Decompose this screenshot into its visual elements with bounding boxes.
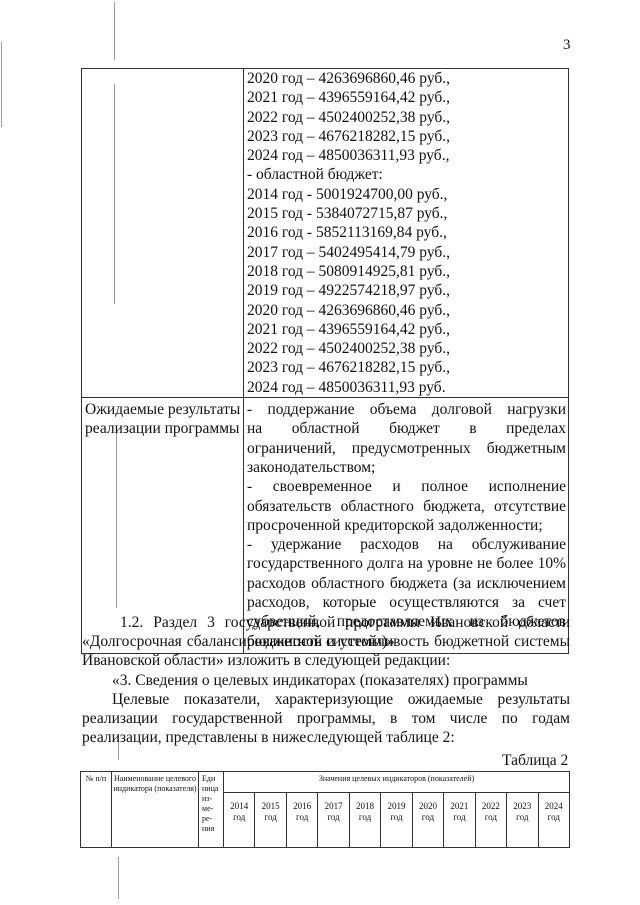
scan-artifact-line [114,2,115,60]
cell-line: законодательством; [247,458,566,477]
cell-line: 2015 год - 5384072715,87 руб., [247,204,566,223]
header-unit: Еди ница из- ме- ре- ния [199,772,224,848]
header-year-2019: 2019год [381,793,412,848]
scan-artifact-line [118,857,119,899]
table-caption: Таблица 2 [502,752,568,770]
cell-line: расходов, которые осуществляются за счет [247,593,566,612]
cell-line: 2019 год – 4922574218,97 руб., [247,281,566,300]
header-year-2024: 2024год [538,793,569,848]
header-year-2018: 2018год [349,793,380,848]
indicators-table: № п/п Наименование целевого индикатора (… [80,771,570,848]
header-number: № п/п [81,772,112,848]
scan-artifact-line [1,42,2,127]
header-year-2022: 2022год [475,793,506,848]
cell-line: 2024 год – 4850036311,93 руб., [247,146,566,165]
cell-line: 2020 год – 4263696860,46 руб., [247,301,566,320]
cell-line: - своевременное и полное исполнение [247,477,566,496]
cell-line: - областной бюджет: [247,165,566,184]
cell-line: государственного долга на уровне не боле… [247,554,566,573]
cell-line: - поддержание объема долговой нагрузки [247,400,566,419]
page-number: 3 [563,37,571,54]
cell-line: просроченной кредиторской задолженности; [247,516,566,535]
cell-line: 2016 год - 5852113169,84 руб., [247,223,566,242]
cell-line: 2017 год – 5402495414,79 руб., [247,243,566,262]
cell-line: 2024 год – 4850036311,93 руб. [247,378,566,397]
paragraph: Целевые показатели, характеризующие ожид… [82,690,570,748]
cell-line: - удержание расходов на обслуживание [247,535,566,554]
header-year-2020: 2020год [412,793,443,848]
row-label-text: Ожидаемые результаты реализации программ… [85,400,241,439]
cell-line: 2021 год – 4396559164,42 руб., [247,88,566,107]
cell-line: 2022 год – 4502400252,38 руб., [247,108,566,127]
cell-line: 2020 год – 4263696860,46 руб., [247,69,566,88]
table-row: 2020 год – 4263696860,46 руб.,2021 год –… [82,69,569,398]
cell-line: 2014 год - 5001924700,00 руб., [247,185,566,204]
header-year-2023: 2023год [507,793,538,848]
cell-line: 2022 год – 4502400252,38 руб., [247,339,566,358]
passport-table: 2020 год – 4263696860,46 руб.,2021 год –… [81,68,569,654]
section-heading: «3. Сведения о целевых индикаторах (пока… [82,671,570,690]
row-label [82,69,244,398]
cell-line: 2018 год – 5080914925,81 руб., [247,262,566,281]
table-header-row: № п/п Наименование целевого индикатора (… [81,772,570,793]
funding-cell: 2020 год – 4263696860,46 руб.,2021 год –… [244,69,569,398]
header-indicator-name: Наименование целевого индикатора (показа… [112,772,199,848]
paragraph: 1.2. Раздел 3 государственной программы … [82,613,570,671]
header-year-2015: 2015год [255,793,286,848]
cell-line: 2023 год – 4676218282,15 руб., [247,127,566,146]
body-text: 1.2. Раздел 3 государственной программы … [82,613,570,747]
cell-line: расходов областного бюджета (за исключен… [247,574,566,593]
header-year-2014: 2014год [224,793,255,848]
cell-line: обязательств областного бюджета, отсутст… [247,497,566,516]
cell-line: 2023 год – 4676218282,15 руб., [247,358,566,377]
header-year-2017: 2017год [318,793,349,848]
header-year-2016: 2016год [286,793,317,848]
header-values-group: Значения целевых индикаторов (показателе… [224,772,570,793]
cell-line: 2021 год – 4396559164,42 руб., [247,320,566,339]
cell-line: ограничений, предусмотренных бюджетным [247,439,566,458]
cell-line: на областной бюджет в пределах [247,419,566,438]
header-year-2021: 2021год [444,793,475,848]
